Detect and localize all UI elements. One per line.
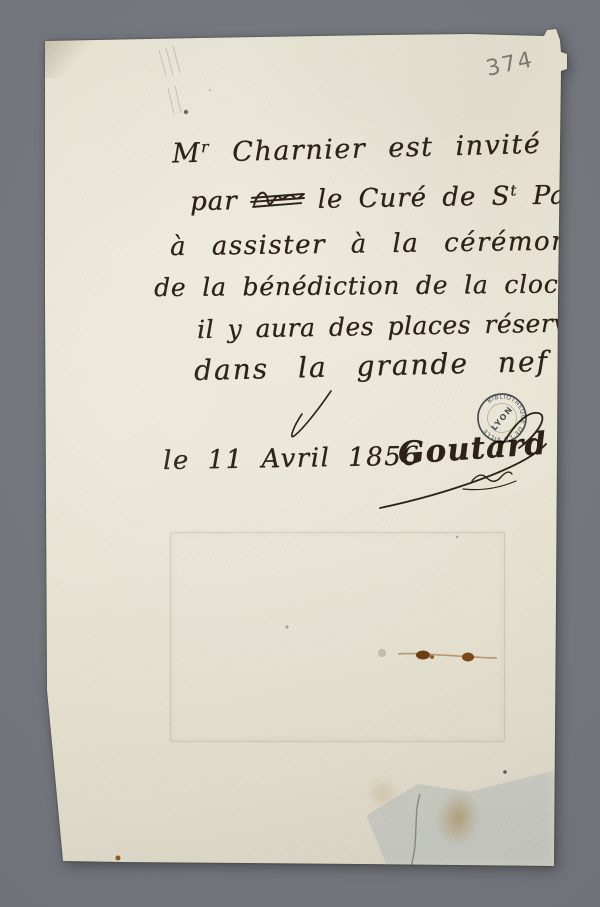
crossed-out-word xyxy=(249,184,307,213)
line1-prefix: M xyxy=(172,138,202,170)
line2-rest-tail: Paul xyxy=(517,180,594,211)
letter-line-5: il y aura des places réservées xyxy=(197,308,600,344)
descender-stroke xyxy=(292,391,331,437)
line2-rest-prefix: le Curé de S xyxy=(317,181,510,214)
corner-fold xyxy=(45,36,103,78)
signature: Goutard xyxy=(397,426,548,472)
line1-rest: Charnier est invité xyxy=(210,129,542,169)
paper-shadow: 374 Mr Charnier est invité parle Curé de… xyxy=(0,0,600,907)
letter-line-2: parle Curé de St Paul xyxy=(190,179,594,217)
letter-line-4: de la bénédiction de la cloche. xyxy=(154,269,600,302)
letter-line-1: Mr Charnier est invité xyxy=(172,128,542,169)
date-line: le 11 Avril 1856 xyxy=(163,442,421,476)
folio-number: 374 xyxy=(484,47,536,81)
tan-stain-small xyxy=(366,776,400,810)
letter-paper: 374 Mr Charnier est invité parle Curé de… xyxy=(0,0,600,907)
line2-rest: le Curé de St Paul xyxy=(317,180,593,215)
emboss-mark xyxy=(159,46,181,114)
line2-word: par xyxy=(190,186,238,217)
letter-line-3: à assister à la cérémonie xyxy=(170,226,596,262)
letter-line-6: dans la grande nef — xyxy=(194,343,600,387)
mounting-impression xyxy=(170,532,505,742)
scanned-letter-page: { "page": { "background_color": "#71757b… xyxy=(0,0,600,907)
stamp-center-text: LYON xyxy=(490,404,515,432)
